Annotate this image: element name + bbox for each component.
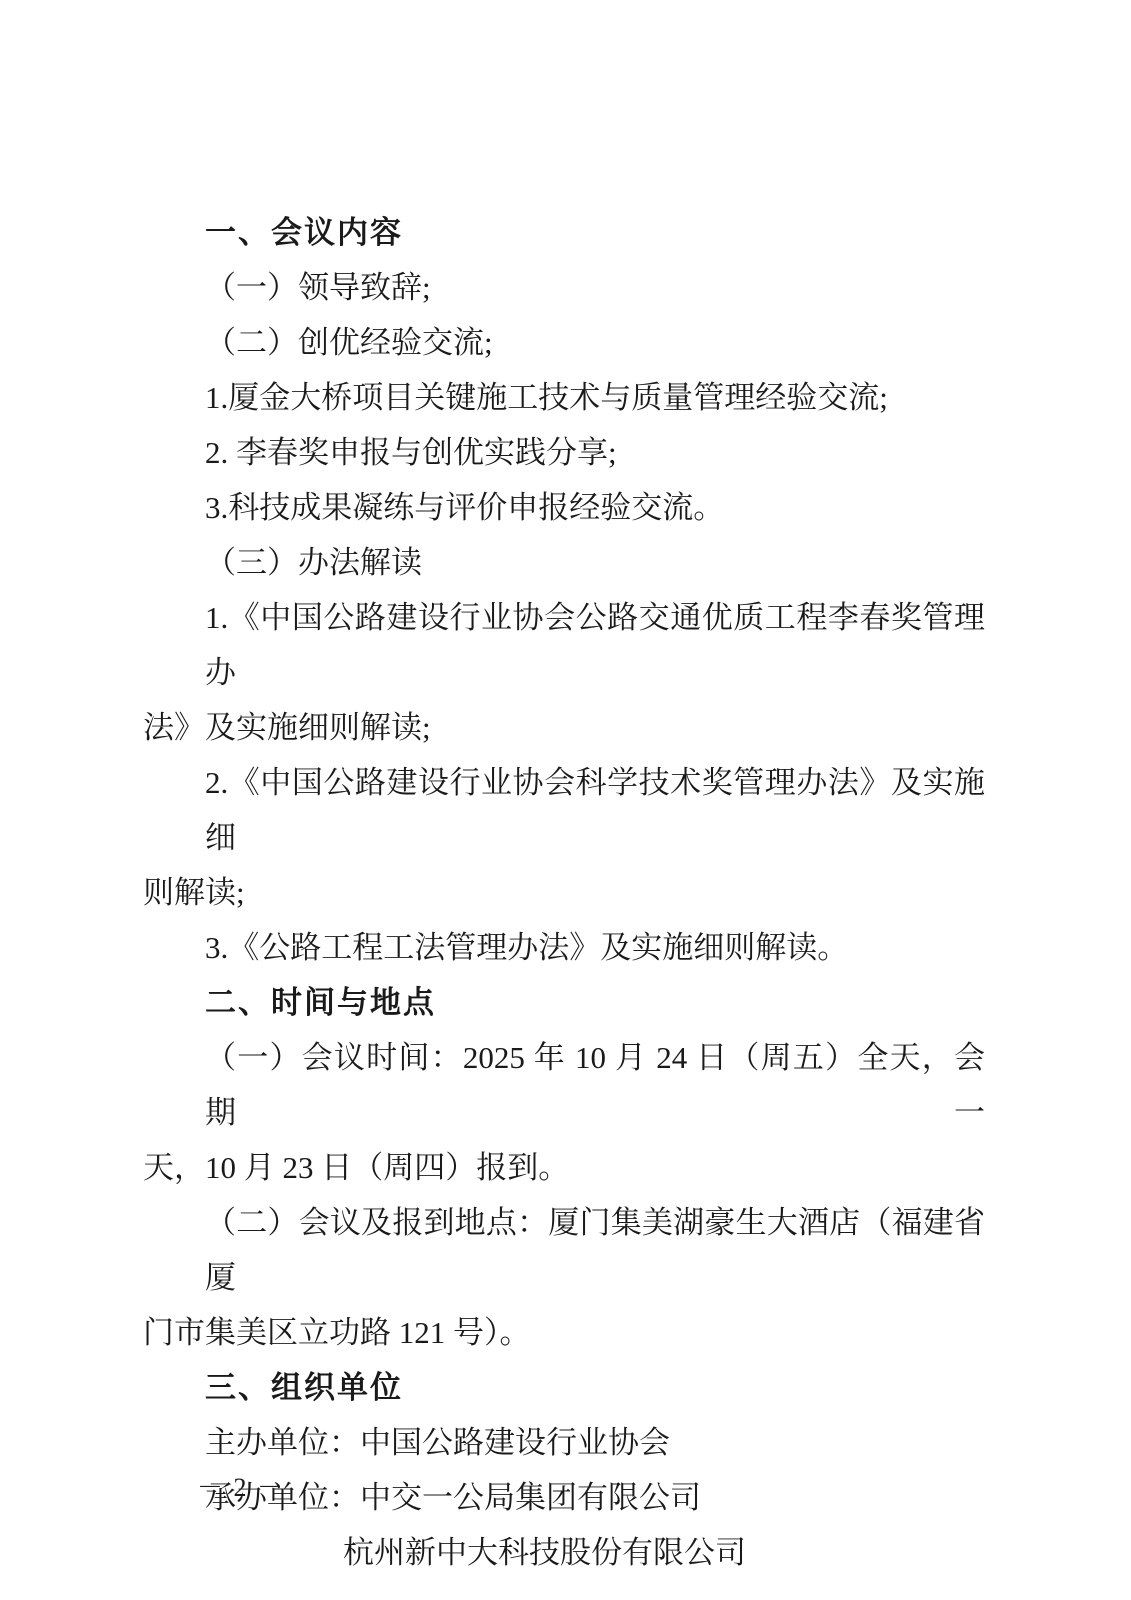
paragraph-line: 主办单位：中国公路建设行业协会 (143, 1415, 985, 1470)
paragraph-line: 1.厦金大桥项目关键施工技术与质量管理经验交流; (143, 370, 985, 425)
section-heading: 一、会议内容 (143, 205, 985, 260)
paragraph-line: 2.《中国公路建设行业协会科学技术奖管理办法》及实施细 (143, 755, 985, 865)
paragraph-line: （二）会议及报到地点：厦门集美湖豪生大酒店（福建省厦 (143, 1195, 985, 1305)
paragraph-line: 3.科技成果凝练与评价申报经验交流。 (143, 480, 985, 535)
document-body: 一、会议内容（一）领导致辞;（二）创优经验交流;1.厦金大桥项目关键施工技术与质… (143, 205, 985, 1580)
paragraph-line: 法》及实施细则解读; (143, 700, 985, 755)
section-heading: 三、组织单位 (143, 1360, 985, 1415)
paragraph-line: 天，10 月 23 日（周四）报到。 (143, 1140, 985, 1195)
paragraph-line: 门市集美区立功路 121 号）。 (143, 1305, 985, 1360)
paragraph-line: 1.《中国公路建设行业协会公路交通优质工程李春奖管理办 (143, 590, 985, 700)
section-heading: 二、时间与地点 (143, 975, 985, 1030)
paragraph-line: （二）创优经验交流; (143, 315, 985, 370)
paragraph-line: （三）办法解读 (143, 535, 985, 590)
paragraph-line: 3.《公路工程工法管理办法》及实施细则解读。 (143, 920, 985, 975)
paragraph-line: 杭州新中大科技股份有限公司 (143, 1525, 985, 1580)
paragraph-line: （一）领导致辞; (143, 260, 985, 315)
paragraph-line: 2. 李春奖申报与创优实践分享; (143, 425, 985, 480)
page-number: － 2 － (197, 1473, 285, 1503)
paragraph-line: 则解读; (143, 865, 985, 920)
document-page: 一、会议内容（一）领导致辞;（二）创优经验交流;1.厦金大桥项目关键施工技术与质… (0, 0, 1131, 1600)
paragraph-line: （一）会议时间：2025 年 10 月 24 日（周五）全天，会期一 (143, 1030, 985, 1140)
